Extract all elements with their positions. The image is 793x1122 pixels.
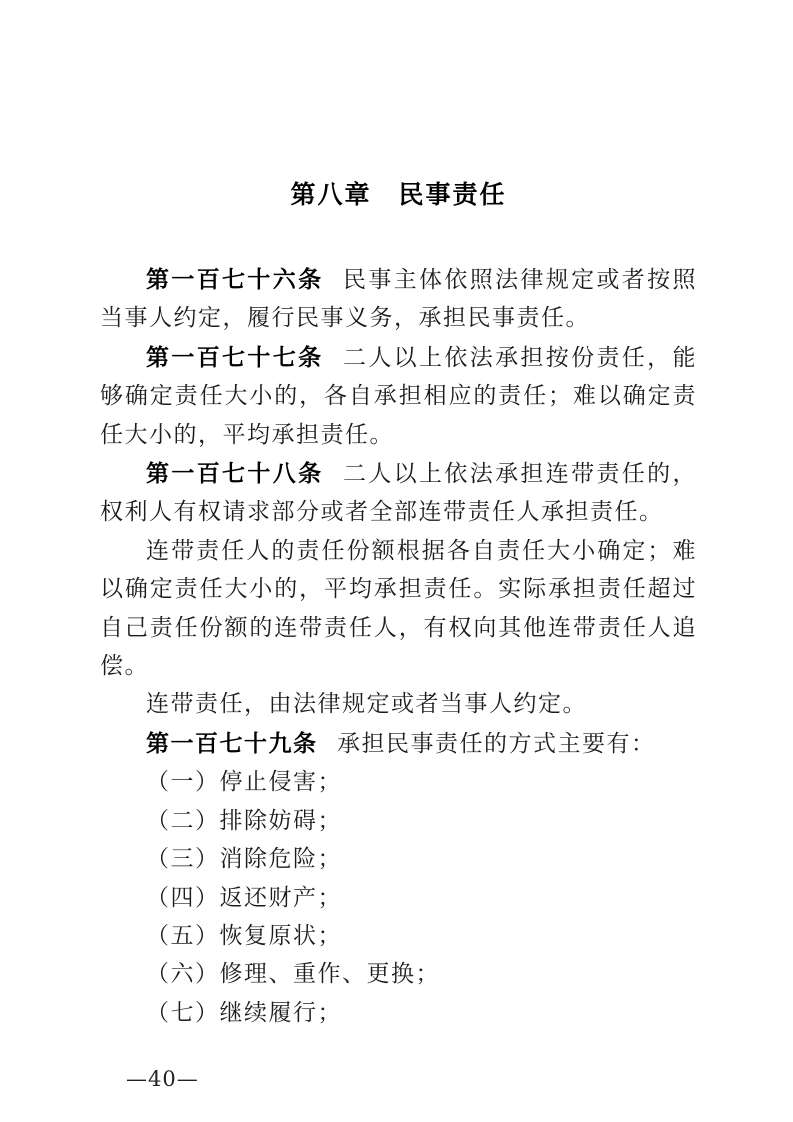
article-text: 承担民事责任的方式主要有：	[337, 731, 656, 756]
list-item: （四）返还财产；	[100, 879, 697, 917]
list-item: （六）修理、重作、更换；	[100, 955, 697, 993]
list-item: （七）继续履行；	[100, 994, 697, 1032]
document-body: 第一百七十六条民事主体依照法律规定或者按照当事人约定，履行民事义务，承担民事责任…	[100, 260, 697, 1032]
list-item: （五）恢复原状；	[100, 917, 697, 955]
article-paragraph: 连带责任，由法律规定或者当事人约定。	[100, 685, 697, 723]
article-paragraph: 连带责任人的责任份额根据各自责任大小确定；难以确定责任大小的，平均承担责任。实际…	[100, 532, 697, 686]
article-paragraph: 第一百七十九条承担民事责任的方式主要有：	[100, 724, 697, 763]
article-paragraph: 第一百七十六条民事主体依照法律规定或者按照当事人约定，履行民事义务，承担民事责任…	[100, 260, 697, 338]
article-text: 连带责任人的责任份额根据各自责任大小确定；难以确定责任大小的，平均承担责任。实际…	[100, 538, 697, 678]
list-item: （一）停止侵害；	[100, 763, 697, 801]
article-number: 第一百七十六条	[146, 266, 323, 292]
list-item: （三）消除危险；	[100, 840, 697, 878]
list-item: （二）排除妨碍；	[100, 802, 697, 840]
article-number: 第一百七十七条	[146, 344, 323, 370]
article-number: 第一百七十九条	[146, 730, 318, 756]
document-page: 第八章 民事责任 第一百七十六条民事主体依照法律规定或者按照当事人约定，履行民事…	[0, 0, 793, 1122]
page-number: —40—	[126, 1066, 199, 1092]
article-text: 连带责任，由法律规定或者当事人约定。	[146, 691, 587, 716]
article-paragraph: 第一百七十八条二人以上依法承担连带责任的，权利人有权请求部分或者全部连带责任人承…	[100, 454, 697, 532]
article-paragraph: 第一百七十七条二人以上依法承担按份责任，能够确定责任大小的，各自承担相应的责任；…	[100, 338, 697, 454]
article-number: 第一百七十八条	[146, 460, 323, 486]
chapter-title: 第八章 民事责任	[100, 180, 697, 210]
